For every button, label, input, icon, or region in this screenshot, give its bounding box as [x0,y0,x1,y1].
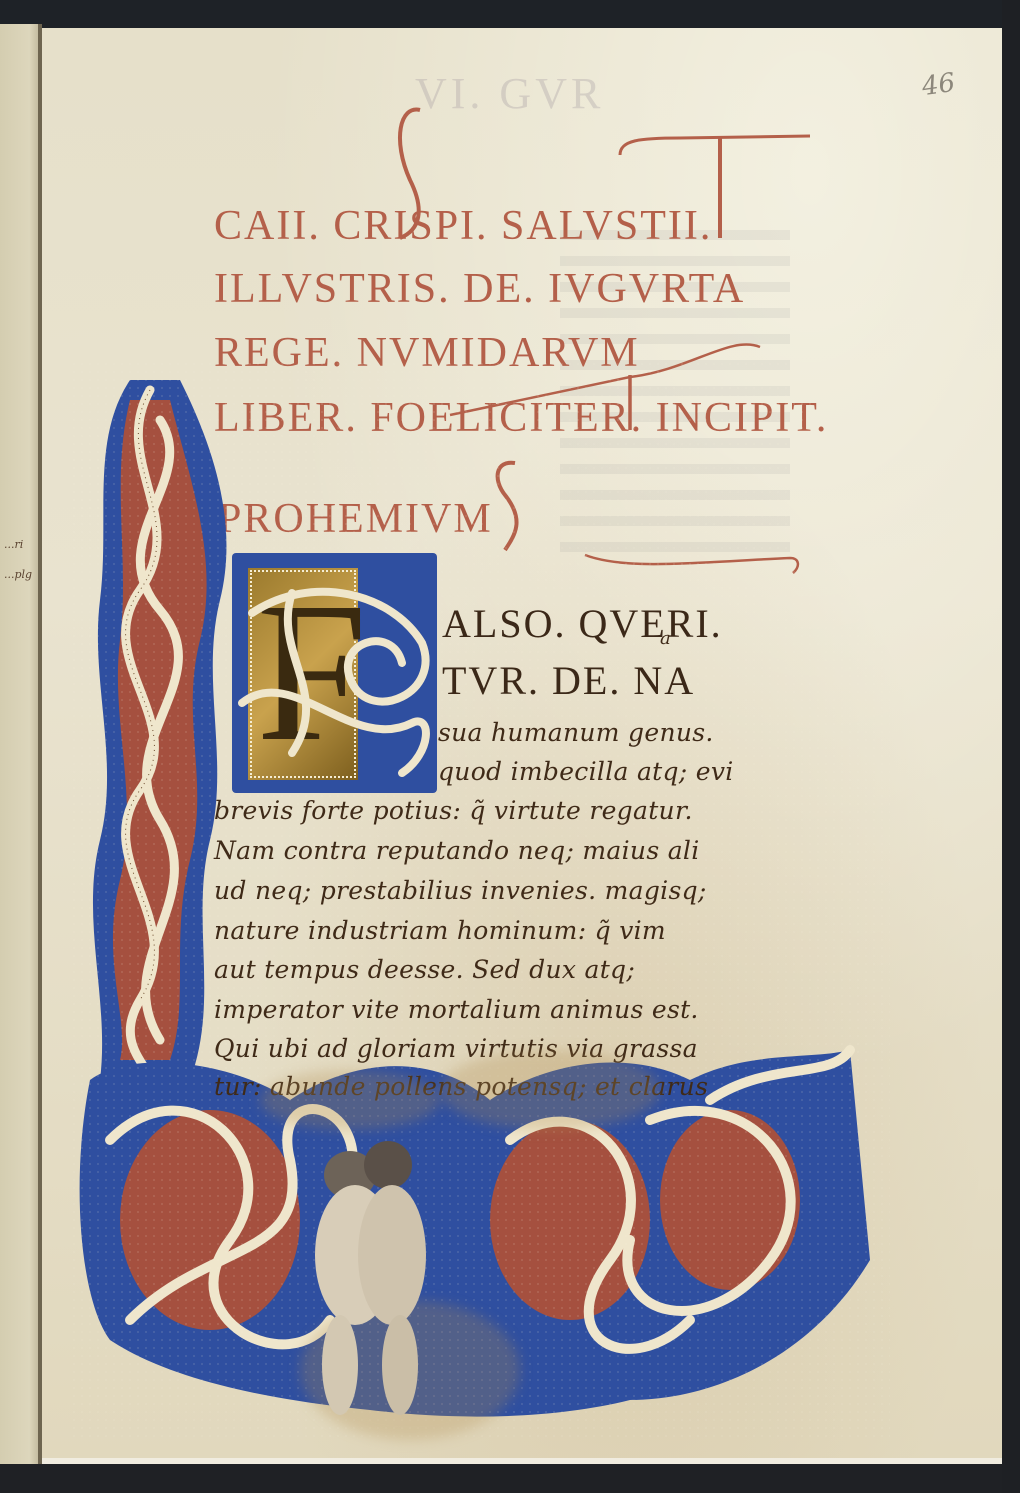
water-stain [440,1050,660,1130]
incipit-caps-line: TVR. DE. NA [442,657,695,704]
folio-number: 46 [920,68,957,102]
text-line: imperator vite mortalium animus est. [214,995,699,1024]
text-line: Qui ubi ad gloriam virtutis via grassa [214,1034,698,1063]
text-line: quod imbecilla atq; evi [438,757,734,786]
running-header-bleedthrough: VI. GVR [415,68,604,119]
rubric-title-line: REGE. NVMIDARVM [214,332,640,374]
superscript-correction: a [660,628,671,649]
text-line: brevis forte potius: q̃ virtute regatur. [214,796,693,825]
rubric-title-line: LIBER. FOELICITER. INCIPIT. [214,397,828,439]
decorated-initial: F [256,570,356,775]
page-bottom-edge [42,1458,1002,1464]
text-line: Nam contra reputando neq; maius ali [214,836,700,865]
text-line: aut tempus deesse. Sed dux atq; [214,955,635,984]
text-line: nature industriam hominum: q̃ vim [214,916,666,945]
text-line: sua humanum genus. [438,718,714,747]
facing-page-edge [0,24,42,1464]
text-line: ud neq; prestabilius invenies. magisq; [214,876,707,905]
section-heading: PROHEMIVM [218,498,493,540]
putti-figures [300,1135,440,1425]
incipit-caps-line: ALSO. QVERI. [442,600,723,647]
water-stain [260,1070,440,1130]
margin-note: ...ri [4,538,23,551]
scanner-background-right [1002,0,1020,1493]
margin-note: ...plg [4,568,32,581]
rubric-title-line: CAII. CRISPI. SALVSTII. [214,205,712,247]
rubric-title-line: ILLVSTRIS. DE. IVGVRTA [214,268,745,310]
